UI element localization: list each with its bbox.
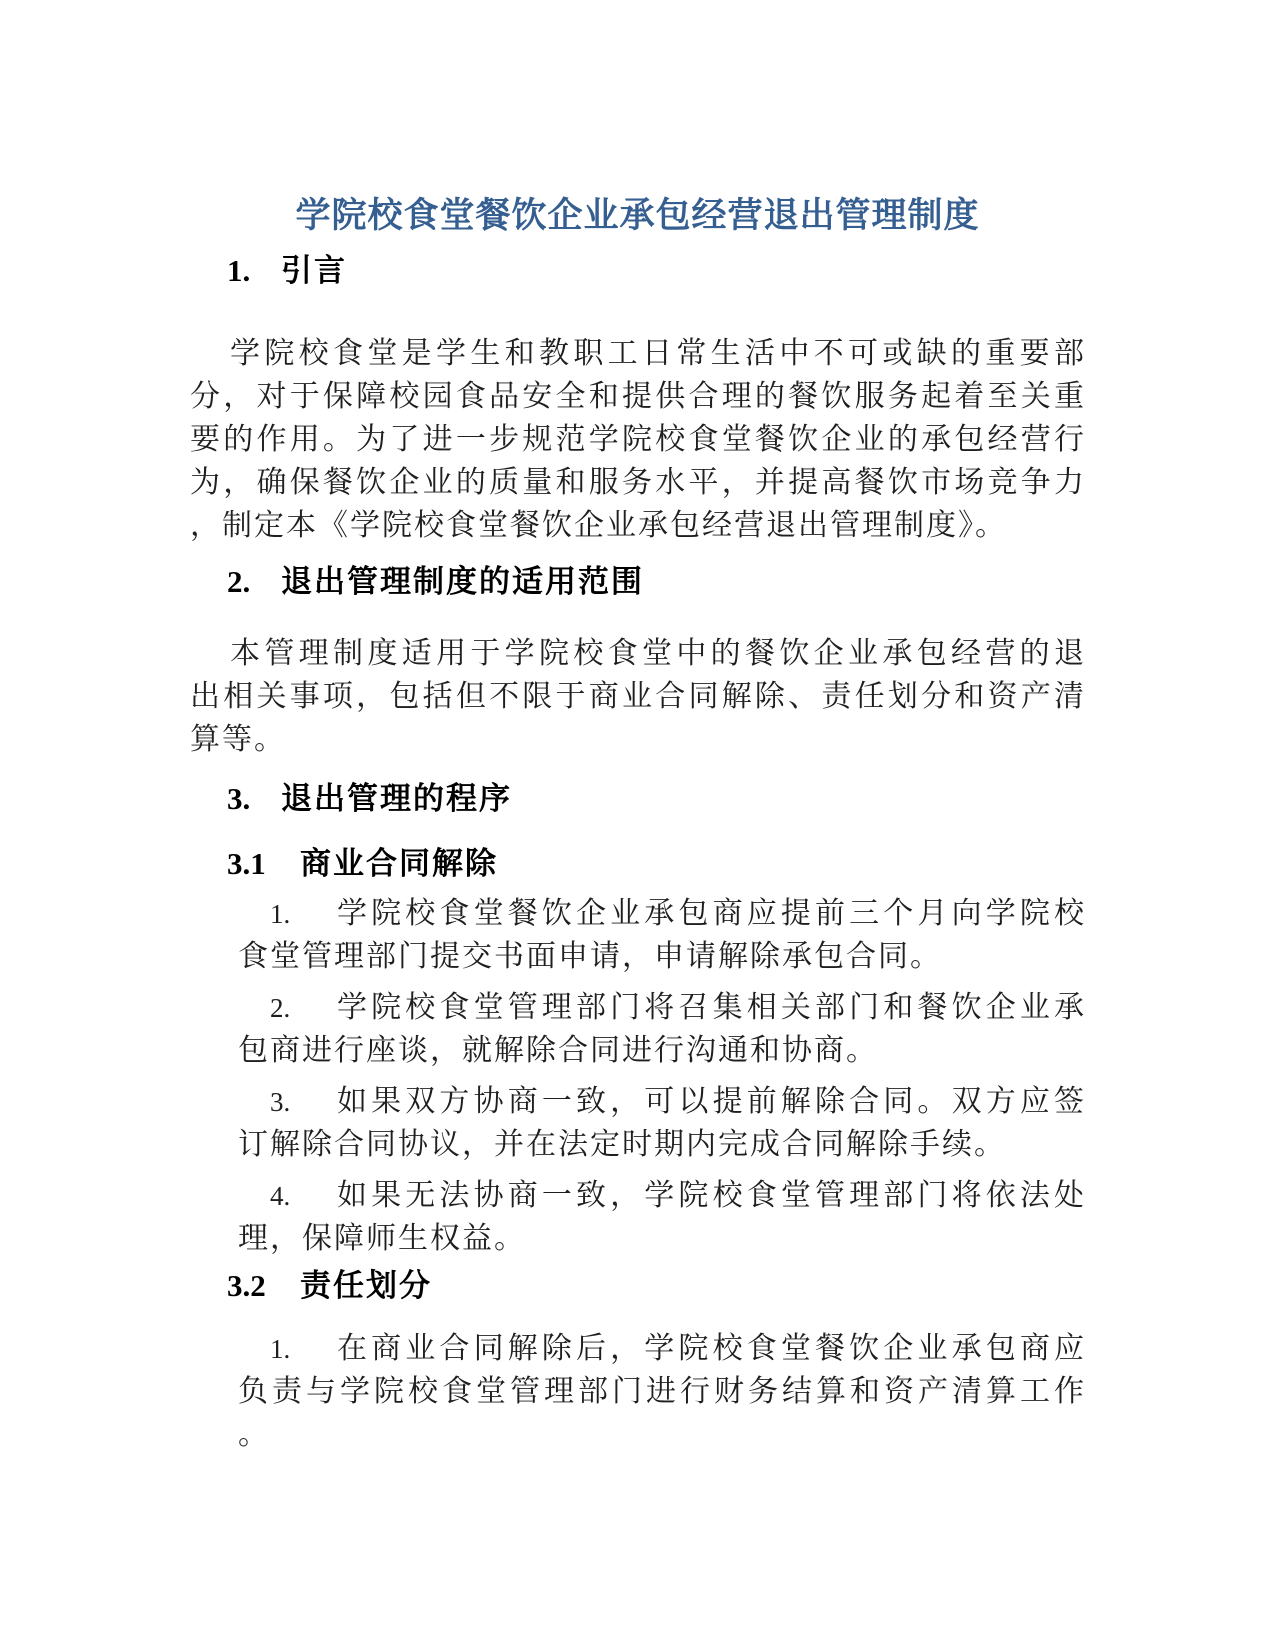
paragraph-line: 分，对于保障校园食品安全和提供合理的餐饮服务起着至关重 xyxy=(190,375,1086,418)
paragraph-line: 算等。 xyxy=(190,718,1086,761)
section-1-title: 引言 xyxy=(281,253,347,288)
paragraph-line: 为，确保餐饮企业的质量和服务水平，并提高餐饮市场竞争力 xyxy=(190,461,1086,504)
section-1-paragraph: 学院校食堂是学生和教职工日常生活中不可或缺的重要部 分，对于保障校园食品安全和提… xyxy=(190,332,1086,547)
list-item-line: 如果无法协商一致，学院校食堂管理部门将依法处 xyxy=(337,1174,1086,1217)
section-3-number: 3. xyxy=(227,779,281,819)
list-item-line: 负责与学院校食堂管理部门进行财务结算和资产清算工作 xyxy=(190,1370,1086,1413)
subsection-3-1-list: 1. 学院校食堂餐饮企业承包商应提前三个月向学院校 食堂管理部门提交书面申请，申… xyxy=(190,892,1086,1268)
list-item: 2. 学院校食堂管理部门将召集相关部门和餐饮企业承 包商进行座谈，就解除合同进行… xyxy=(190,986,1086,1072)
list-item: 1. 在商业合同解除后，学院校食堂餐饮企业承包商应 负责与学院校食堂管理部门进行… xyxy=(190,1327,1086,1456)
subsection-3-1-title: 商业合同解除 xyxy=(300,846,498,881)
list-item-line: 食堂管理部门提交书面申请，申请解除承包合同。 xyxy=(190,935,1086,978)
section-1-number: 1. xyxy=(227,251,281,291)
section-2-number: 2. xyxy=(227,562,281,602)
list-item-line: 包商进行座谈，就解除合同进行沟通和协商。 xyxy=(190,1029,1086,1072)
subsection-3-2-title: 责任划分 xyxy=(300,1268,432,1303)
document-page: 学院校食堂餐饮企业承包经营退出管理制度 1.引言 学院校食堂是学生和教职工日常生… xyxy=(0,0,1275,1650)
section-3-heading: 3.退出管理的程序 xyxy=(227,779,512,819)
paragraph-line: 要的作用。为了进一步规范学院校食堂餐饮企业的承包经营行 xyxy=(190,418,1086,461)
paragraph-line: 出相关事项，包括但不限于商业合同解除、责任划分和资产清 xyxy=(190,675,1086,718)
list-item-number: 2. xyxy=(270,987,290,1030)
paragraph-line: ，制定本《学院校食堂餐饮企业承包经营退出管理制度》。 xyxy=(190,504,1086,547)
section-2-paragraph: 本管理制度适用于学院校食堂中的餐饮企业承包经营的退 出相关事项，包括但不限于商业… xyxy=(190,632,1086,761)
list-item-line: 订解除合同协议，并在法定时期内完成合同解除手续。 xyxy=(190,1123,1086,1166)
list-item-number: 1. xyxy=(270,1328,290,1371)
list-item: 1. 学院校食堂餐饮企业承包商应提前三个月向学院校 食堂管理部门提交书面申请，申… xyxy=(190,892,1086,978)
list-item-line: 如果双方协商一致，可以提前解除合同。双方应签 xyxy=(337,1080,1086,1123)
list-item-line: 学院校食堂管理部门将召集相关部门和餐饮企业承 xyxy=(337,986,1086,1029)
section-1-heading: 1.引言 xyxy=(227,251,347,291)
list-item-number: 1. xyxy=(270,893,290,936)
section-2-heading: 2.退出管理制度的适用范围 xyxy=(227,562,644,602)
subsection-3-1-number: 3.1 xyxy=(227,844,300,884)
subsection-3-2-heading: 3.2责任划分 xyxy=(227,1266,432,1306)
list-item-number: 4. xyxy=(270,1175,290,1218)
subsection-3-2-number: 3.2 xyxy=(227,1266,300,1306)
list-item-line: 学院校食堂餐饮企业承包商应提前三个月向学院校 xyxy=(337,892,1086,935)
list-item-line: 理，保障师生权益。 xyxy=(190,1217,1086,1260)
section-2-title: 退出管理制度的适用范围 xyxy=(281,564,644,599)
list-item: 4. 如果无法协商一致，学院校食堂管理部门将依法处 理，保障师生权益。 xyxy=(190,1174,1086,1260)
paragraph-line: 学院校食堂是学生和教职工日常生活中不可或缺的重要部 xyxy=(190,332,1086,375)
document-title: 学院校食堂餐饮企业承包经营退出管理制度 xyxy=(0,194,1275,238)
paragraph-line: 本管理制度适用于学院校食堂中的餐饮企业承包经营的退 xyxy=(190,632,1086,675)
list-item-line: 在商业合同解除后，学院校食堂餐饮企业承包商应 xyxy=(337,1327,1086,1370)
subsection-3-2-list: 1. 在商业合同解除后，学院校食堂餐饮企业承包商应 负责与学院校食堂管理部门进行… xyxy=(190,1327,1086,1464)
subsection-3-1-heading: 3.1商业合同解除 xyxy=(227,844,498,884)
list-item-line: 。 xyxy=(190,1413,1086,1456)
list-item: 3. 如果双方协商一致，可以提前解除合同。双方应签 订解除合同协议，并在法定时期… xyxy=(190,1080,1086,1166)
list-item-number: 3. xyxy=(270,1081,290,1124)
section-3-title: 退出管理的程序 xyxy=(281,781,512,816)
